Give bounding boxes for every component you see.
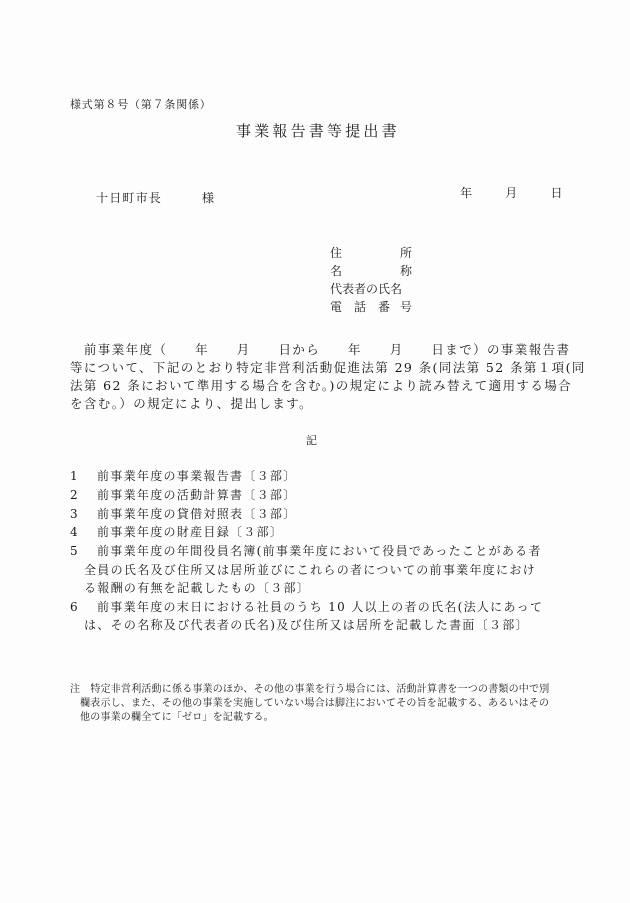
item-text: 前事業年度の末日における社員のうち 10 人以上の者の氏名(法人にあって [97, 600, 543, 614]
item-text-continued: は、その名称及び代表者の氏名)及び住所又は居所を記載した書面〔３部〕 [84, 618, 529, 633]
date-year-label: 年 [460, 186, 473, 201]
note-text-continued: 欄表示し、また、その他の事業を実施していない場合は脚注においてその旨を記載する、… [80, 697, 549, 710]
field-label-left: 住 [330, 246, 342, 264]
list-item: 2前事業年度の活動計算書〔３部〕 [70, 488, 297, 503]
note-text: 特定非営利活動に係る事業のほか、その他の事業を行う場合には、活動計算書を一つの書… [90, 684, 549, 695]
applicant-field-address: 住 所 [330, 246, 412, 264]
ki-label: 記 [306, 433, 318, 448]
field-label-right: 号 [400, 300, 412, 318]
item-text: 前事業年度の事業報告書〔３部〕 [97, 469, 297, 483]
field-label-left: 代表者の氏名 [330, 282, 402, 300]
note-label: 注 [70, 684, 80, 695]
body-paragraph-line: を含む。）の規定により、提出します。 [70, 396, 313, 411]
item-number: 6 [70, 600, 97, 615]
item-number: 4 [70, 525, 97, 540]
item-number: 1 [70, 469, 97, 484]
list-item: 5前事業年度の年間役員名簿(前事業年度において役員であったことがある者 [70, 544, 542, 559]
document-title: 事業報告書等提出書 [236, 122, 400, 140]
note: 注 特定非営利活動に係る事業のほか、その他の事業を行う場合には、活動計算書を一つ… [70, 683, 549, 696]
list-item: 6前事業年度の末日における社員のうち 10 人以上の者の氏名(法人にあって [70, 600, 543, 615]
date-day-label: 日 [550, 186, 563, 201]
form-number: 様式第８号（第７条関係） [70, 97, 212, 112]
note-text-continued: 他の事業の欄全てに「ゼロ」を記載する。 [80, 711, 274, 724]
field-label-left: 電 話 番 [330, 300, 390, 318]
date-line: 年月日 [440, 171, 564, 216]
field-label-right: 称 [400, 264, 412, 282]
field-label-left: 名 [330, 264, 342, 282]
item-number: 2 [70, 488, 97, 503]
item-number: 3 [70, 507, 97, 522]
body-paragraph-line: 法第 62 条において準用する場合を含む。)の規定により読み替えて適用する場合 [70, 378, 572, 393]
addressee-honorific: 様 [202, 191, 215, 206]
addressee: 十日町市長様 [96, 191, 215, 206]
applicant-field-name: 名 称 [330, 264, 412, 282]
list-item: 3前事業年度の貸借対照表〔３部〕 [70, 507, 297, 522]
item-text-continued: 全員の氏名及び住所又は居所並びにこれらの者についての前事業年度におけ [84, 563, 536, 578]
date-month-label: 月 [505, 186, 518, 201]
applicant-field-phone: 電 話 番 号 [330, 300, 412, 318]
item-text: 前事業年度の貸借対照表〔３部〕 [97, 507, 297, 521]
item-text: 前事業年度の年間役員名簿(前事業年度において役員であったことがある者 [97, 544, 542, 558]
item-text: 前事業年度の活動計算書〔３部〕 [97, 488, 297, 502]
document-page: 様式第８号（第７条関係） 事業報告書等提出書 年月日 十日町市長様 住 所 名 … [0, 0, 630, 903]
list-item: 1前事業年度の事業報告書〔３部〕 [70, 469, 297, 484]
item-number: 5 [70, 544, 97, 559]
body-paragraph-line: 等について、下記のとおり特定非営利活動促進法第 29 条(同法第 52 条第１項… [70, 360, 586, 375]
field-label-right: 所 [400, 246, 412, 264]
item-text-continued: る報酬の有無を記載したもの〔３部〕 [84, 581, 310, 596]
list-item: 4前事業年度の財産目録〔３部〕 [70, 525, 283, 540]
addressee-name: 十日町市長 [96, 191, 162, 205]
applicant-field-representative: 代表者の氏名 [330, 282, 412, 300]
item-text: 前事業年度の財産目録〔３部〕 [97, 525, 283, 539]
applicant-fields: 住 所 名 称 代表者の氏名 電 話 番 号 [330, 246, 412, 318]
body-paragraph-line: 前事業年度（ 年 月 日から 年 月 日まで）の事業報告書 [70, 342, 570, 357]
